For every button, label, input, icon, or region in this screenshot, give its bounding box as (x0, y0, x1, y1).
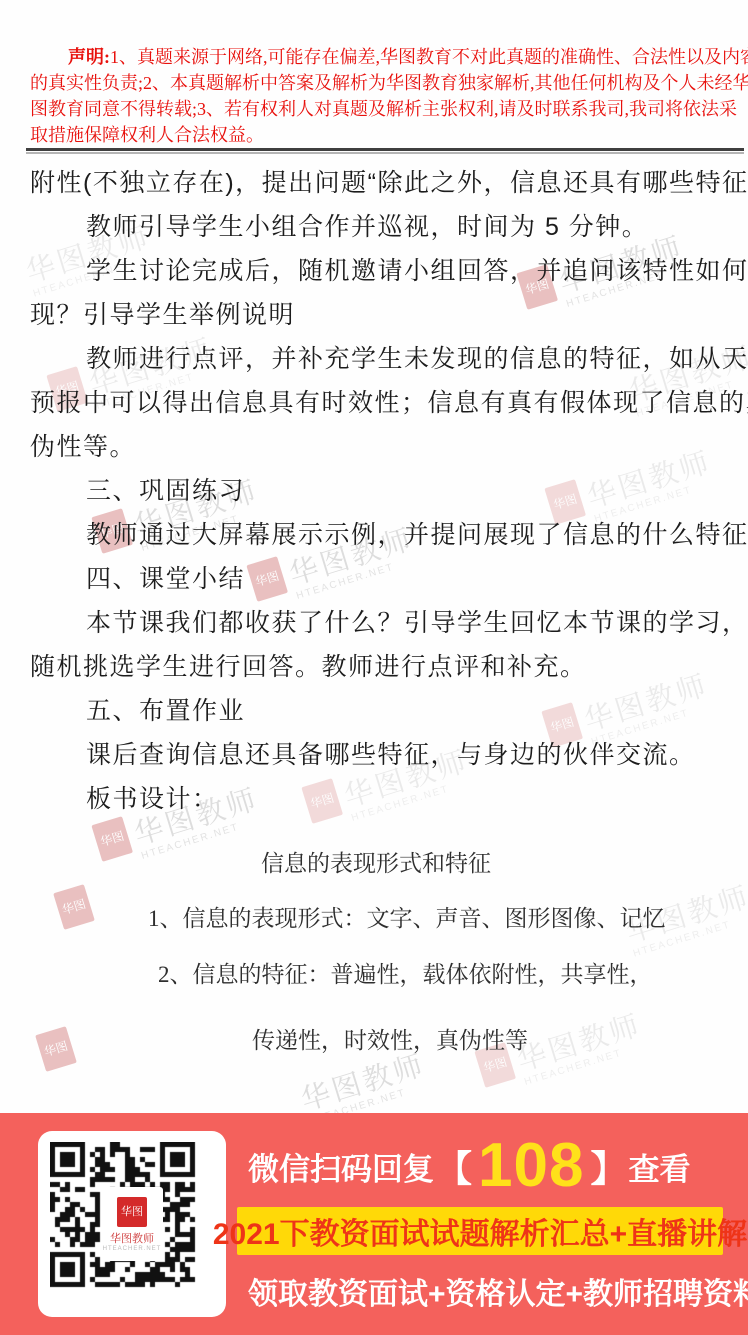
qr-code-box: 华图 华图教师 HTEACHER.NET (38, 1131, 226, 1317)
footer-highlight-banner: 2021下教资面试试题解析汇总+直播讲解 (237, 1207, 723, 1255)
footer-line1: 微信扫码回复 【 108 】 查看 (248, 1137, 690, 1195)
watermark-text: 华图教师 (512, 1003, 646, 1080)
disclaimer-line: 取措施保障权利人合法权益。 (30, 122, 720, 148)
content-line: 教师进行点评，并补充学生未发现的信息的特征，如从天气 (30, 337, 722, 381)
watermark-subtext: HTEACHER.NET (523, 1040, 649, 1088)
divider-line (26, 148, 744, 154)
content-line: 课后查询信息还具备哪些特征，与身边的伙伴交流。 (30, 733, 722, 777)
reply-code: 108 (478, 1137, 584, 1195)
footer-line1-suffix: 查看 (628, 1144, 690, 1189)
huatu-watermark: 华图 (35, 1026, 77, 1072)
content-line: 预报中可以得出信息具有时效性；信息有真有假体现了信息的真 (30, 381, 722, 425)
lesson-content: 附性(不独立存在)，提出问题“除此之外，信息还具有哪些特征？”教师引导学生小组合… (30, 161, 722, 821)
qr-logo-subtext: HTEACHER.NET (103, 1246, 162, 1252)
content-line: 三、巩固练习 (30, 469, 722, 513)
board-line: 2、信息的特征：普遍性，载体依附性，共享性， (158, 956, 653, 989)
disclaimer-line: 图教育同意不得转载;3、若有权利人对真题及解析主张权利,请及时联系我司,我司将依… (30, 96, 720, 122)
huatu-logo-icon: 华图 (35, 1026, 77, 1072)
content-line: 本节课我们都收获了什么？引导学生回忆本节课的学习，并 (30, 601, 722, 645)
content-line: 教师通过大屏幕展示示例，并提问展现了信息的什么特征。 (30, 513, 722, 557)
content-line: 四、课堂小结 (30, 557, 722, 601)
bracket-close: 】 (590, 1141, 626, 1192)
bracket-open: 【 (436, 1141, 472, 1192)
board-title: 信息的表现形式和特征 (30, 845, 722, 878)
disclaimer-bold-prefix: 声明: (68, 47, 110, 67)
content-line: 现？引导学生举例说明 (30, 293, 722, 337)
disclaimer-line: 声明:1、真题来源于网络,可能存在偏差,华图教育不对此真题的准确性、合法性以及内… (30, 44, 720, 70)
footer-line3: 领取教资面试+资格认定+教师招聘资料 (248, 1269, 748, 1313)
content-line: 教师引导学生小组合作并巡视，时间为 5 分钟。 (30, 205, 722, 249)
content-line: 附性(不独立存在)，提出问题“除此之外，信息还具有哪些特征？” (30, 161, 722, 205)
document-page: 华图教师HTEACHER.NET华图华图教师HTEACHER.NET华图华图教师… (0, 0, 748, 1335)
huatu-watermark: 华图 (53, 884, 95, 930)
content-line: 学生讨论完成后，随机邀请小组回答，并追问该特性如何体 (30, 249, 722, 293)
disclaimer-line: 的真实性负责;2、本真题解析中答案及解析为华图教育独家解析,其他任何机构及个人未… (30, 70, 720, 96)
disclaimer: 声明:1、真题来源于网络,可能存在偏差,华图教育不对此真题的准确性、合法性以及内… (30, 44, 720, 148)
board-line: 传递性，时效性，真伪性等 (252, 1022, 528, 1055)
board-line: 1、信息的表现形式：文字、声音、图形图像、记忆 (148, 900, 666, 933)
content-line: 五、布置作业 (30, 689, 722, 733)
huatu-logo: 华图 (117, 1197, 147, 1227)
content-line: 随机挑选学生进行回答。教师进行点评和补充。 (30, 645, 722, 689)
promo-banner: 华图 华图教师 HTEACHER.NET 微信扫码回复 【 108 】 查看 2… (0, 1113, 748, 1335)
content-line: 伪性等。 (30, 425, 722, 469)
huatu-logo-icon: 华图 (53, 884, 95, 930)
qr-center-label: 华图 华图教师 HTEACHER.NET (101, 1187, 163, 1261)
content-line: 板书设计： (30, 777, 722, 821)
footer-line1-prefix: 微信扫码回复 (248, 1144, 434, 1189)
qr-logo-text: 华图教师 (110, 1230, 154, 1246)
